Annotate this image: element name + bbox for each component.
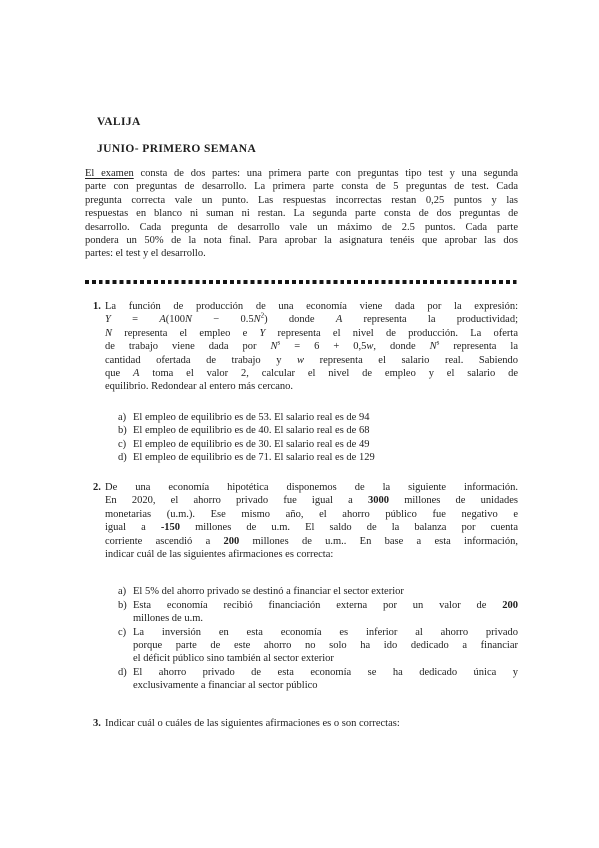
text-line: Indicar cuál o cuáles de las siguientes … (105, 717, 518, 730)
text-line: monetarias (u.m.). Ese mismo año, el aho… (105, 508, 518, 521)
option-text: El empleo de equilibrio es de 53. El sal… (133, 411, 518, 424)
text-line: El 5% del ahorro privado se destinó a fi… (133, 585, 518, 598)
text-line: De una economía hipotética disponemos de… (105, 481, 518, 494)
text-line: En 2020, el ahorro privado fue igual a 3… (105, 494, 518, 507)
option-label: b) (118, 424, 127, 437)
option-a: a)El empleo de equilibrio es de 53. El s… (105, 411, 518, 424)
doc-subtitle: JUNIO- PRIMERO SEMANA (97, 143, 256, 155)
question-number: 2. (93, 481, 101, 494)
option-text: El empleo de equilibrio es de 71. El sal… (133, 451, 518, 464)
option-label: d) (118, 666, 127, 679)
text-line: corriente ascendió a 200 millones de u.m… (105, 535, 518, 548)
option-label: a) (118, 585, 126, 598)
text-line: que A toma el valor 2, calcular el nivel… (105, 367, 518, 380)
text-line: el déficit público sino también al secto… (133, 652, 518, 665)
question-text: Indicar cuál o cuáles de las siguientes … (105, 717, 518, 730)
question-text: La función de producción de una economía… (105, 300, 518, 464)
option-label: d) (118, 451, 127, 464)
option-label: a) (118, 411, 126, 424)
page-content: VALIJA JUNIO- PRIMERO SEMANA El examen c… (85, 0, 518, 848)
doc-title: VALIJA (97, 116, 141, 128)
option-text: El 5% del ahorro privado se destinó a fi… (133, 585, 518, 598)
text-line: El empleo de equilibrio es de 53. El sal… (133, 411, 518, 424)
option-c: c)La inversión en esta economía es infer… (105, 626, 518, 666)
text-line: El ahorro privado de esta economía se ha… (133, 666, 518, 679)
text-line: pondera un 50% de la nota final. Para ap… (85, 234, 518, 247)
exam-intro-paragraph: El examen consta de dos partes: una prim… (85, 167, 518, 261)
text-line: El empleo de equilibrio es de 40. El sal… (133, 424, 518, 437)
text-line: La función de producción de una economía… (105, 300, 518, 313)
text-line: exclusivamente a financiar al sector púb… (133, 679, 518, 692)
text-line: La inversión en esta economía es inferio… (133, 626, 518, 639)
text-line: igual a -150 millones de u.m. El saldo d… (105, 521, 518, 534)
text-line: El empleo de equilibrio es de 71. El sal… (133, 451, 518, 464)
text-line: Esta economía recibió financiación exter… (133, 599, 518, 612)
text-line: desarrollo. Cada pregunta de desarrollo … (85, 221, 518, 234)
question-number: 1. (93, 300, 101, 313)
text-line: Y = A(100N − 0.5N2) donde A representa l… (105, 313, 518, 326)
question-3: 3.Indicar cuál o cuáles de las siguiente… (85, 717, 518, 730)
option-a: a)El 5% del ahorro privado se destinó a … (105, 585, 518, 598)
option-text: El empleo de equilibrio es de 30. El sal… (133, 438, 518, 451)
text-line: respuestas en blanco ni suman ni restan.… (85, 207, 518, 220)
text-line: de trabajo viene dada por Ns = 6 + 0,5w,… (105, 340, 518, 353)
text-line: porque parte de este ahorro no solo ha i… (133, 639, 518, 652)
question-text: De una economía hipotética disponemos de… (105, 481, 518, 693)
option-label: c) (118, 438, 126, 451)
text-line: pregunta correcta vale un punto. Las res… (85, 194, 518, 207)
option-c: c)El empleo de equilibrio es de 30. El s… (105, 438, 518, 451)
option-b: b)El empleo de equilibrio es de 40. El s… (105, 424, 518, 437)
text-line: equilibrio. Redondear al entero más cerc… (105, 380, 518, 393)
option-b: b)Esta economía recibió financiación ext… (105, 599, 518, 626)
text-line: N representa el empleo e Y representa el… (105, 327, 518, 340)
text-line: parte con preguntas de desarrollo. La pr… (85, 180, 518, 193)
option-d: d)El ahorro privado de esta economía se … (105, 666, 518, 693)
option-d: d)El empleo de equilibrio es de 71. El s… (105, 451, 518, 464)
question-1: 1.La función de producción de una econom… (85, 300, 518, 464)
question-number: 3. (93, 717, 101, 730)
option-text: El empleo de equilibrio es de 40. El sal… (133, 424, 518, 437)
text-line: indicar cuál de las siguientes afirmacio… (105, 548, 518, 561)
text-line: El examen consta de dos partes: una prim… (85, 167, 518, 180)
question-options: a)El empleo de equilibrio es de 53. El s… (105, 411, 518, 465)
option-text: El ahorro privado de esta economía se ha… (133, 666, 518, 693)
option-text: La inversión en esta economía es inferio… (133, 626, 518, 666)
question-options: a)El 5% del ahorro privado se destinó a … (105, 585, 518, 692)
question-2: 2.De una economía hipotética disponemos … (85, 481, 518, 693)
text-line: cantidad ofertada de trabajo y w represe… (105, 354, 518, 367)
text-line: millones de u.m. (133, 612, 518, 625)
dotted-separator (85, 280, 518, 284)
option-text: Esta economía recibió financiación exter… (133, 599, 518, 626)
option-label: c) (118, 626, 126, 639)
exam-page: VALIJA JUNIO- PRIMERO SEMANA El examen c… (0, 0, 599, 848)
text-line: El empleo de equilibrio es de 30. El sal… (133, 438, 518, 451)
option-label: b) (118, 599, 127, 612)
text-line: partes: el test y el desarrollo. (85, 247, 518, 260)
